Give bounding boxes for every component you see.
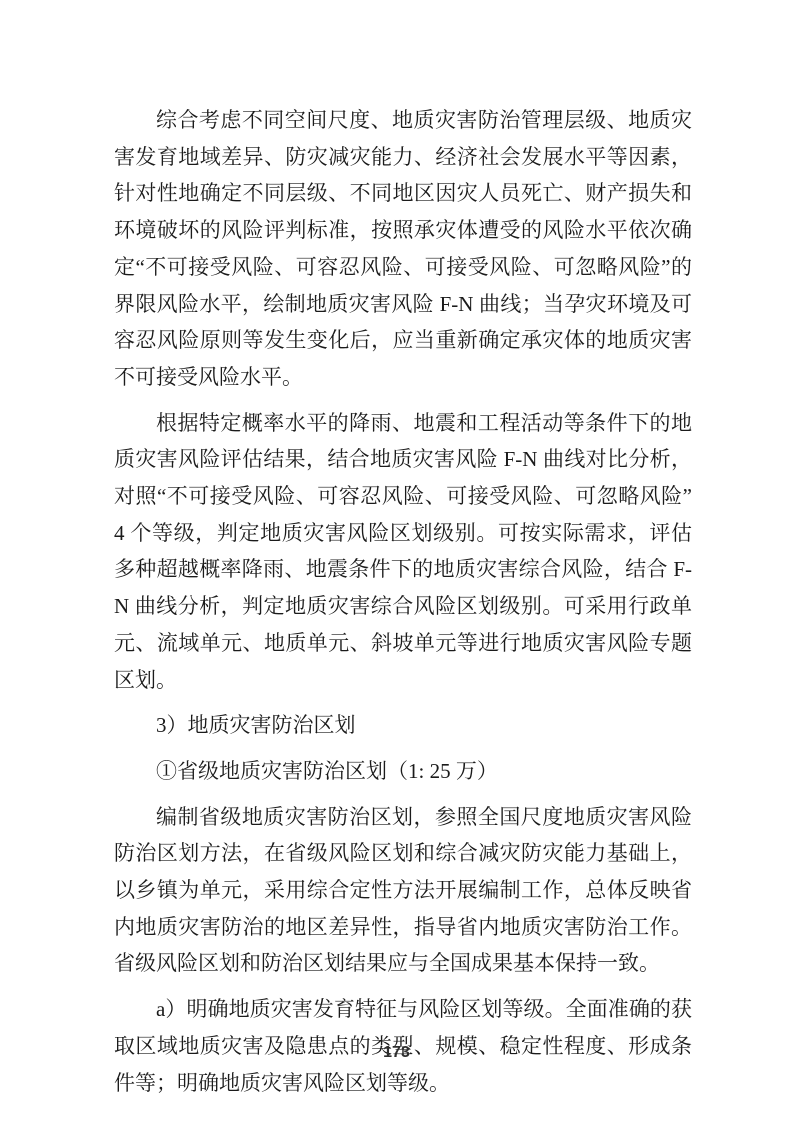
- page-number: 173: [0, 1044, 793, 1062]
- section-heading-prevention-zoning: 3）地质灾害防治区划: [114, 707, 692, 744]
- paragraph-provincial-zoning-method: 编制省级地质灾害防治区划，参照全国尺度地质灾害风险防治区划方法，在省级风险区划和…: [114, 799, 692, 983]
- document-content: 综合考虑不同空间尺度、地质灾害防治管理层级、地质灾害发育地域差异、防灾减灾能力、…: [114, 102, 692, 1110]
- paragraph-risk-criteria: 综合考虑不同空间尺度、地质灾害防治管理层级、地质灾害发育地域差异、防灾减灾能力、…: [114, 102, 692, 396]
- section-heading-provincial-zoning: ①省级地质灾害防治区划（1: 25 万）: [114, 753, 692, 790]
- paragraph-risk-zoning-grading: 根据特定概率水平的降雨、地震和工程活动等条件下的地质灾害风险评估结果，结合地质灾…: [114, 405, 692, 699]
- document-page: 综合考虑不同空间尺度、地质灾害防治管理层级、地质灾害发育地域差异、防灾减灾能力、…: [0, 0, 793, 1122]
